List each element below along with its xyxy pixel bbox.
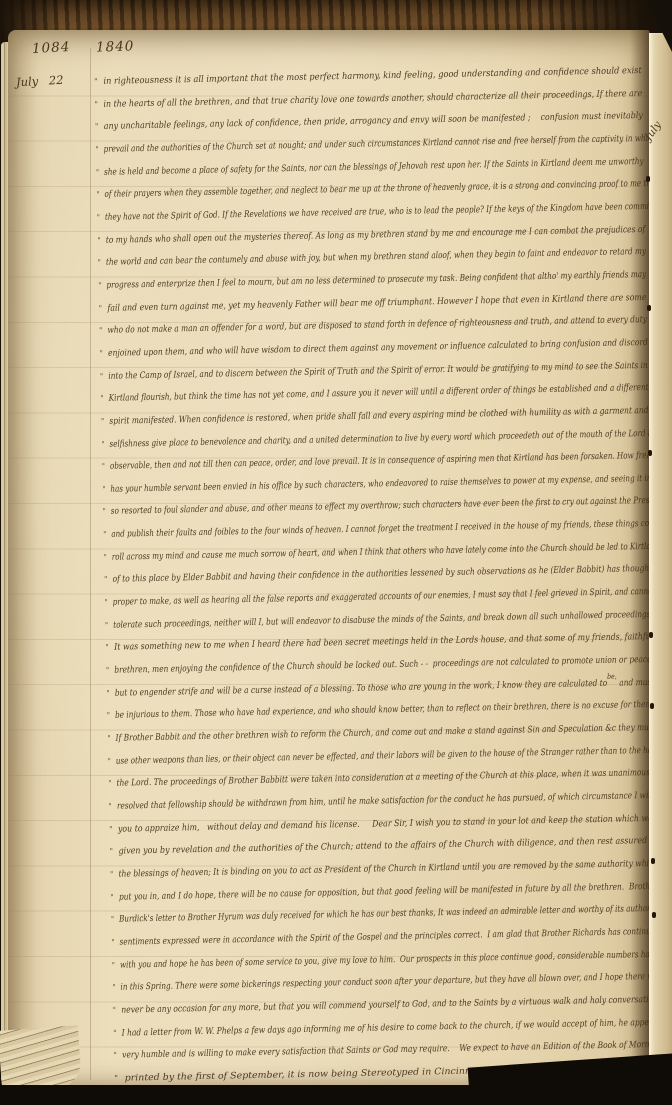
ditto-mark: ": [104, 569, 113, 592]
ditto-mark: ": [94, 71, 104, 94]
ditto-mark: ": [99, 343, 108, 366]
ditto-mark: ": [98, 275, 107, 298]
manuscript-page: 1084 1840 July 22 "in righteousness it i…: [8, 30, 650, 1092]
year-heading: 1840: [96, 38, 135, 55]
letter-body: "in righteousness it is all important th…: [94, 60, 650, 1091]
ditto-mark: ": [104, 547, 112, 570]
ditto-mark: ": [112, 977, 121, 1000]
ditto-mark: ": [95, 116, 104, 139]
ditto-mark: ": [96, 184, 104, 207]
interlinear-insertion: be,: [607, 665, 617, 688]
ditto-mark: ": [97, 207, 105, 230]
ditto-mark: ": [106, 682, 115, 705]
ditto-mark: ": [98, 252, 107, 275]
binding-mark: [649, 632, 653, 638]
ditto-mark: ": [100, 388, 109, 411]
binding-mark: [652, 912, 656, 918]
page-stack-edges-bottom-left: [0, 1025, 82, 1092]
ditto-mark: ": [114, 1045, 123, 1068]
dark-bottom-band: [0, 1085, 672, 1105]
margin-date: July 22: [16, 73, 64, 89]
ditto-mark: ": [94, 93, 103, 116]
ditto-mark: ": [103, 524, 111, 547]
ditto-mark: ": [103, 501, 111, 524]
ditto-mark: ": [108, 750, 116, 773]
page-number: 1084: [32, 39, 71, 57]
ditto-mark: ": [112, 954, 120, 977]
ditto-mark: ": [99, 297, 108, 320]
ditto-mark: ": [101, 411, 110, 434]
ditto-mark: ": [109, 841, 118, 864]
ditto-mark: ": [113, 1000, 122, 1023]
ditto-mark: ": [95, 139, 103, 162]
ditto-mark: ": [106, 660, 115, 683]
ditto-mark: ": [110, 886, 119, 909]
ditto-mark: ": [100, 365, 109, 388]
ditto-mark: ": [99, 320, 108, 343]
ditto-mark: ": [105, 637, 114, 660]
ditto-mark: ": [110, 864, 119, 887]
binding-mark: [650, 703, 654, 709]
binding-mark: [646, 176, 650, 182]
ditto-mark: ": [108, 773, 117, 796]
manuscript-scan: 1084 1840 July 22 "in righteousness it i…: [0, 0, 672, 1105]
margin-rule-line: [90, 48, 91, 1080]
ditto-mark: ": [102, 456, 110, 479]
ditto-mark: ": [101, 433, 109, 456]
ditto-mark: ": [113, 1022, 122, 1045]
binding-mark: [647, 305, 651, 311]
ditto-mark: ": [96, 161, 105, 184]
ditto-mark: ": [102, 479, 110, 502]
ditto-mark: ": [104, 592, 112, 615]
ditto-mark: ": [97, 229, 106, 252]
ditto-mark: ": [107, 705, 116, 728]
line-text: but to engender strife and will be a cur…: [115, 679, 608, 699]
ditto-mark: ": [111, 909, 119, 932]
gutter-shadow: [630, 30, 650, 1082]
binding-mark: [651, 858, 655, 864]
ditto-mark: ": [111, 932, 120, 955]
ditto-mark: ": [109, 818, 118, 841]
ditto-mark: ": [107, 728, 116, 751]
binding-mark: [648, 450, 652, 456]
ditto-mark: ": [109, 796, 118, 819]
ditto-mark: ": [105, 614, 114, 637]
